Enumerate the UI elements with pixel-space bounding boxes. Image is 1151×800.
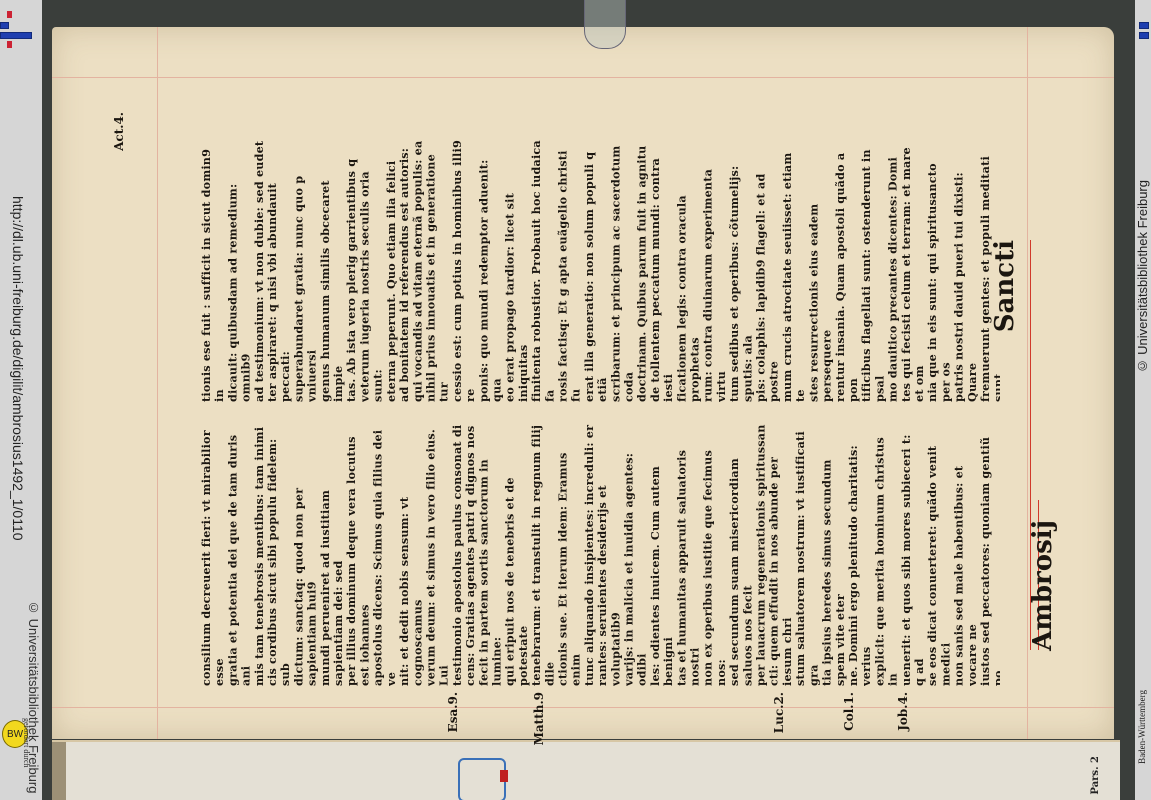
decorated-initial (458, 758, 506, 800)
right-sidebar: © Universitätsbibliothek Freiburg Baden-… (1135, 0, 1151, 800)
funder-label: Baden-Württemberg (1137, 690, 1149, 764)
text-line: rosis factisq: Et g apta euãgelio christ… (556, 140, 582, 402)
text-line: pis: colaphis: lapidib9 flagell: et ad p… (755, 140, 781, 402)
text-line: de tollentem peccatum mundi: contra iest… (649, 140, 675, 402)
text-line: qui eripuit nos de tenebris et de potest… (504, 424, 530, 686)
text-line: tum sedibus et operibus: cõtumelijs: spu… (728, 140, 754, 402)
text-line: nihil prius innouatis et in generatione … (424, 140, 450, 402)
column-left-text: tionis ese fuit : sufficit in sicut domi… (200, 140, 1000, 402)
logo-red-square (7, 41, 12, 48)
text-line: ficationem legis: contra oracula prophet… (675, 140, 701, 402)
red-initial-mark (500, 770, 508, 782)
text-line: ad testimonium: vt non dubie: sed eudet (253, 140, 266, 402)
text-line: erat illa generatio: non solum populi q … (583, 140, 609, 402)
margin-note-esa: Esa.9. (446, 692, 460, 732)
text-line: fecit in partem sortis sanctorum in lumi… (477, 424, 503, 686)
text-line: mo dauitico precantes dicentes: Domi (887, 140, 900, 402)
text-line: rantes: seruientes desiderijs et volupta… (596, 424, 622, 686)
funded-by-label: gefördert durch (22, 718, 31, 768)
logo-blue-bar (0, 22, 9, 29)
text-column-left: tionis ese fuit : sufficit in sicut domi… (200, 140, 1000, 402)
text-line: ter aspiraret: q nisi vbi abundauit pecc… (266, 140, 292, 402)
permalink-url[interactable]: http://dl.ub.uni-freiburg.de/digilit/amb… (10, 196, 26, 541)
text-line: uenerit: et quos sibi mores subieceri t:… (900, 424, 926, 686)
text-line: dicauit: quibusdam ad remedium: omnib9 (226, 140, 252, 402)
text-line: iustos sed peccatores: quoniam gentiũ po (979, 424, 1000, 686)
text-line: sed secundum suam misericordiam saluos n… (728, 424, 754, 686)
text-line: verum deum: et simus in vero filio eius.… (424, 424, 450, 686)
text-line: apostolus dicens: Scimus quia filius dei… (372, 424, 398, 686)
ub-freiburg-logo (0, 8, 34, 50)
text-line: rum: contra diuinarum experimenta virtu (702, 140, 728, 402)
text-line: non sanis sed male habentibus: et vocare… (953, 424, 979, 686)
page-rule (52, 707, 1114, 708)
text-line: tas et humanitas apparuit saluatoris nos… (675, 424, 701, 686)
text-line: eterna peperunt. Quo etiam ilia felici (385, 140, 398, 402)
logo-red-square (7, 11, 12, 18)
text-line: stes resurrectionis eius eadem persequer… (807, 140, 833, 402)
text-line: stum saluatorem nostrum: vt iustificati … (794, 424, 820, 686)
text-line: per illius dominum deque vera locutus es… (345, 424, 371, 686)
text-line: ponis: quo mundi redemptor aduenit: qua (477, 140, 503, 402)
text-line: nia que in eis sunt: qui spiritusancto p… (926, 140, 952, 402)
text-line: non ex operibus iustitie que fecimus nos… (702, 424, 728, 686)
text-line: finitenta robustior. Probauit hoc iudaic… (530, 140, 556, 402)
text-line: scribarum: et principum ac sacerdotum co… (609, 140, 635, 402)
text-line: fremuerunt gentes: et populi meditati su… (979, 140, 1000, 402)
text-line: veterum iugeria nostris seculis oria sun… (358, 140, 384, 402)
text-line: superabundaret gratia: nunc quo p vniuer… (292, 140, 318, 402)
text-line: ctionis sue. Et iterum idem: Eramus enim (556, 424, 582, 686)
margin-note-luc: Luc.2. (772, 692, 786, 733)
text-line: ne. Domini ergo plenitudo charitatis: ve… (847, 424, 873, 686)
text-line: explicit: que merita hominum christus in (873, 424, 899, 686)
text-line: se eos dicat conuerteret: quãdo venit me… (926, 424, 952, 686)
text-line: tenebrarum: et transtulit in regnum fili… (530, 424, 556, 686)
logo-blue-bar (0, 32, 32, 39)
bookmark-strip (584, 0, 626, 49)
text-line: cens: Gratias agentes patri q dignos nos (464, 424, 477, 686)
page-stack-edge (52, 742, 66, 800)
text-line: mis tam tenebrosis mentibus: tam inimi (253, 424, 266, 686)
margin-note-col: Col.1. (842, 692, 856, 731)
page-rule (52, 77, 1114, 78)
text-line: genus humanum similis obcecaret impie (319, 140, 345, 402)
text-line: tunc aliquando insipientes: increduli: e… (583, 424, 596, 686)
copyright-notice-right: © Universitätsbibliothek Freiburg (1135, 180, 1151, 373)
text-line: cessio est: cum potius in hominibus illi… (451, 140, 477, 402)
text-line: tionis ese fuit : sufficit in sicut domi… (200, 140, 226, 402)
text-line: rentur insania. Quam apostoli quãdo a po… (834, 140, 860, 402)
text-line: varijs: in malicia et inuidia agentes: o… (623, 424, 649, 686)
text-line: eo erat propago tardior: licet sit iniqu… (504, 140, 530, 402)
margin-note-act: Act.4. (112, 112, 126, 151)
ub-logo-marks (1139, 22, 1149, 42)
text-line: testimonio apostolus paulus consonat di (451, 424, 464, 686)
next-page-heading: Pars. 2 (1090, 756, 1101, 795)
text-line: mundi perueniret ad iustitiam sapientiam… (319, 424, 345, 686)
text-line: gratia et potentia dei que de tam duris … (226, 424, 252, 686)
text-line: les: odientes inuicem. Cum autem benigni (649, 424, 675, 686)
left-sidebar: http://dl.ub.uni-freiburg.de/digilit/amb… (0, 0, 42, 800)
text-line: tificibus flagellati sunt: ostenderunt i… (860, 140, 886, 402)
margin-note-job: Job.4. (896, 692, 910, 731)
text-line: doctrinam. Quibus parum fuit in agnitu (636, 140, 649, 402)
text-line: dictum: sanctaq: quod non per sapientiam… (292, 424, 318, 686)
text-line: mum crucis atrocitate seuiisset: etiam t… (781, 140, 807, 402)
text-line: cti: quem effudit in nos abunde per iesu… (768, 424, 794, 686)
text-line: consilium decreuerit fieri: vt mirabilio… (200, 424, 226, 686)
page-rule (157, 27, 158, 739)
column-right-text: consilium decreuerit fieri: vt mirabilio… (200, 424, 1000, 686)
text-line: cis cordibus sicut sibi populu fidelem: … (266, 424, 292, 686)
text-line: patris nostri dauid pueri tui dixisti: Q… (953, 140, 979, 402)
next-page-edge (52, 740, 1120, 800)
text-column-right: consilium decreuerit fieri: vt mirabilio… (200, 424, 1000, 686)
running-head-right: Ambrosij (1028, 520, 1058, 651)
text-line: tia ipsius heredes simus secundum spem v… (821, 424, 847, 686)
text-line: nit: et dedit nobis sensum: vt cognoscam… (398, 424, 424, 686)
margin-note-matth: Matth.9 (532, 692, 546, 745)
text-line: tes qui fecisti celum et terram: et mare… (900, 140, 926, 402)
